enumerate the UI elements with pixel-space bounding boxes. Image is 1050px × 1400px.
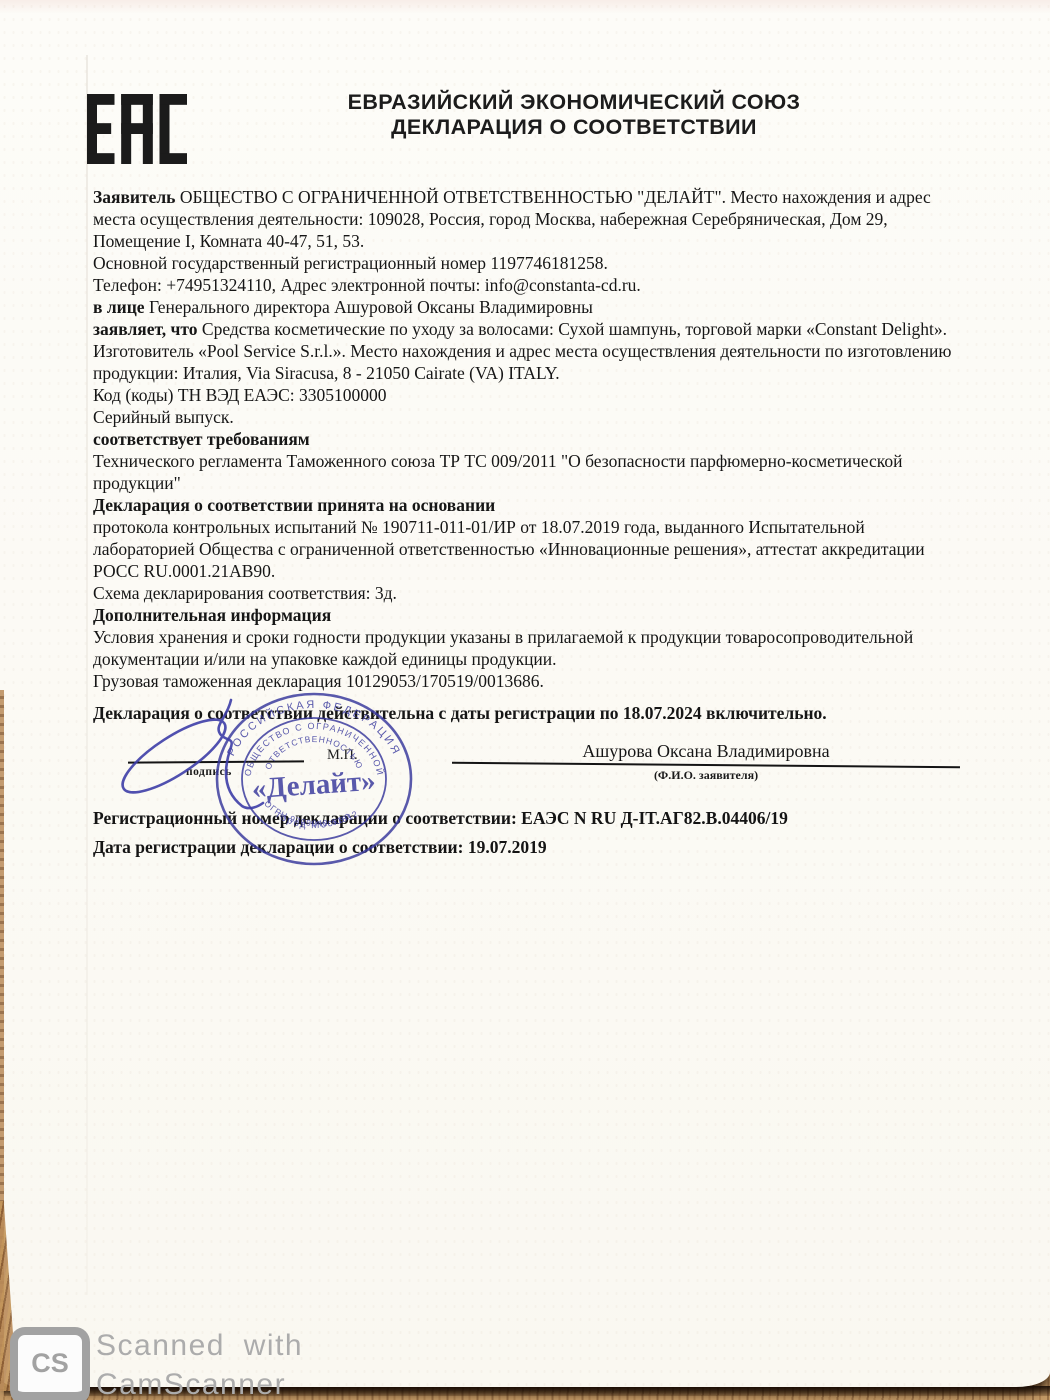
paragraph-manufacturer: Изготовитель «Pool Service S.r.l.». Мест…: [93, 340, 959, 384]
camscanner-badge-text: CS: [31, 1348, 69, 1379]
title-line-declaration: ДЕКЛАРАЦИЯ О СООТВЕТСТВИИ: [338, 115, 810, 140]
paragraph-meets-requirements: соответствует требованиям: [93, 428, 959, 450]
paragraph-additional-info-heading: Дополнительная информация: [93, 604, 959, 626]
declarant-caption: (Ф.И.О. заявителя): [452, 768, 960, 783]
camscanner-watermark: Scanned with CamScanner: [96, 1326, 303, 1400]
paper-crease: [86, 55, 88, 1295]
paragraph-scheme: Схема декларирования соответствия: 3д.: [93, 582, 959, 604]
handwritten-signature: [118, 694, 278, 824]
camscanner-logo-icon: CS: [10, 1327, 90, 1400]
paragraph-storage-conditions: Условия хранения и сроки годности продук…: [93, 626, 959, 670]
paragraph-serial: Серийный выпуск.: [93, 406, 959, 428]
paragraph-test-protocol: протокола контрольных испытаний № 190711…: [93, 516, 959, 582]
title-line-union: ЕВРАЗИЙСКИЙ ЭКОНОМИЧЕСКИЙ СОЮЗ: [338, 90, 810, 115]
declaration-body: Заявитель ОБЩЕСТВО С ОГРАНИЧЕННОЙ ОТВЕТС…: [93, 186, 959, 724]
paragraph-ogrn: Основной государственный регистрационный…: [93, 252, 959, 274]
declarant-block: Ашурова Оксана Владимировна (Ф.И.О. заяв…: [452, 741, 960, 783]
declarant-name: Ашурова Оксана Владимировна: [452, 741, 960, 762]
paragraph-basis-heading: Декларация о соответствии принята на осн…: [93, 494, 959, 516]
document-title: ЕВРАЗИЙСКИЙ ЭКОНОМИЧЕСКИЙ СОЮЗ ДЕКЛАРАЦИ…: [338, 90, 810, 139]
scanned-declaration-page: ЕВРАЗИЙСКИЙ ЭКОНОМИЧЕСКИЙ СОЮЗ ДЕКЛАРАЦИ…: [0, 0, 1050, 1400]
paragraph-declares: заявляет, что Средства косметические по …: [93, 318, 959, 340]
eac-mark-icon: [87, 87, 187, 171]
paragraph-regulation: Технического регламента Таможенного союз…: [93, 450, 959, 494]
camscanner-line2: CamScanner: [96, 1365, 303, 1400]
paragraph-customs-declaration: Грузовая таможенная декларация 10129053/…: [93, 670, 959, 692]
paragraph-applicant: Заявитель ОБЩЕСТВО С ОГРАНИЧЕННОЙ ОТВЕТС…: [93, 186, 959, 252]
paragraph-phone-email: Телефон: +74951324110, Адрес электронной…: [93, 274, 959, 296]
camscanner-line1: Scanned with: [96, 1326, 303, 1365]
paragraph-director: в лице Генерального директора Ашуровой О…: [93, 296, 959, 318]
paragraph-tnved-code: Код (коды) ТН ВЭД ЕАЭС: 3305100000: [93, 384, 959, 406]
